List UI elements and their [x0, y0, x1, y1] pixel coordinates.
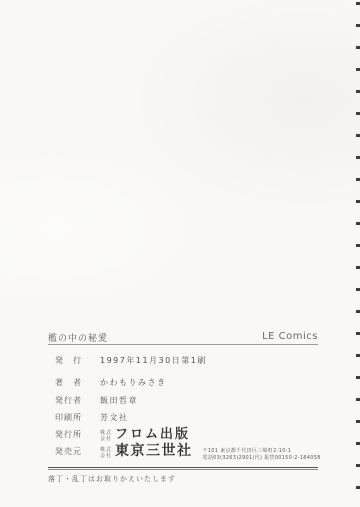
row-chosha: 著 者 かわもりみさき [55, 378, 167, 388]
company-prefix: 株式 会社 [100, 448, 112, 459]
row-value: 1997年11月30日第1刷 [100, 356, 207, 366]
row-hakkoujo: 発行所 株式 会社 フロム出版 [55, 430, 190, 442]
row-value: 芳文社 [100, 413, 129, 423]
imprint-label: LE Comics [262, 331, 318, 342]
address-line-2: 電話03(3263)2901(代) 振替00150-2-184058 [203, 455, 321, 462]
footer-rule [48, 467, 318, 470]
row-value: 飯田哲章 [100, 396, 138, 406]
colophon-page: 檻の中の秘愛 LE Comics 発 行 1997年11月30日第1刷 著 者 … [0, 0, 360, 507]
footer-note: 落丁・乱丁はお取りかえいたします [48, 474, 176, 484]
row-insatsujo: 印刷所 芳文社 [55, 413, 129, 423]
address-line-1: 〒101 東京都千代田区三崎町2-10-1 [203, 448, 321, 455]
row-hatsubaimoto: 発売元 株式 会社 東京三世社 〒101 東京都千代田区三崎町2-10-1 電話… [55, 447, 321, 462]
row-label: 発行所 [55, 430, 100, 440]
row-hakkou: 発 行 1997年11月30日第1刷 [55, 356, 207, 366]
header-rule [48, 344, 318, 345]
scan-edge-artifacts [356, 2, 360, 502]
row-label: 発行者 [55, 396, 100, 406]
row-hakkousha: 発行者 飯田哲章 [55, 396, 138, 406]
row-label: 著 者 [55, 378, 100, 388]
distributor-address: 〒101 東京都千代田区三崎町2-10-1 電話03(3263)2901(代) … [203, 448, 321, 462]
company-prefix-bottom: 会社 [100, 454, 112, 460]
distributor-name: 東京三世社 [115, 444, 193, 459]
row-label: 発売元 [55, 447, 100, 457]
company-prefix-bottom: 会社 [100, 437, 112, 443]
row-label: 印刷所 [55, 413, 100, 423]
publisher-name: フロム出版 [115, 428, 190, 442]
row-value: かわもりみさき [100, 378, 167, 388]
company-prefix: 株式 会社 [100, 431, 112, 442]
book-title: 檻の中の秘愛 [48, 331, 108, 344]
row-label: 発 行 [55, 356, 100, 366]
